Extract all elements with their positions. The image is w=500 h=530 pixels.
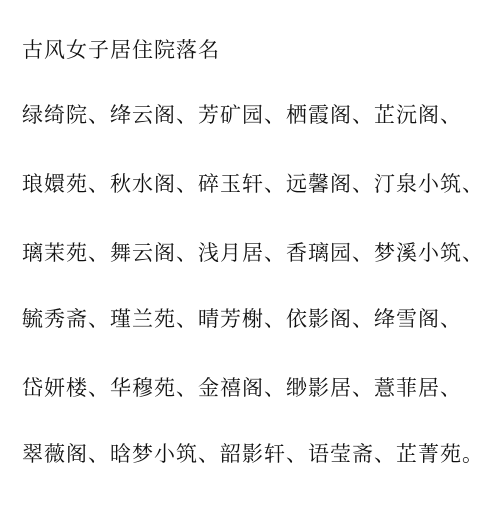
document-page: 古风女子居住院落名 绿绮院、绛云阁、芳矿园、栖霞阁、芷沅阁、 琅嬛苑、秋水阁、碎… bbox=[0, 0, 500, 530]
name-line-1: 绿绮院、绛云阁、芳矿园、栖霞阁、芷沅阁、 bbox=[22, 101, 462, 129]
name-line-5: 岱妍楼、华穆苑、金禧阁、缈影居、薏菲居、 bbox=[22, 374, 462, 402]
document-title: 古风女子居住院落名 bbox=[22, 36, 220, 64]
name-line-6: 翠薇阁、晗梦小筑、韶影轩、语莹斋、芷菁苑。 bbox=[22, 440, 484, 468]
name-line-3: 璃茉苑、舞云阁、浅月居、香璃园、梦溪小筑、 bbox=[22, 239, 484, 267]
name-line-4: 毓秀斋、瑾兰苑、晴芳榭、依影阁、绛雪阁、 bbox=[22, 305, 462, 333]
name-line-2: 琅嬛苑、秋水阁、碎玉轩、远馨阁、汀泉小筑、 bbox=[22, 170, 484, 198]
